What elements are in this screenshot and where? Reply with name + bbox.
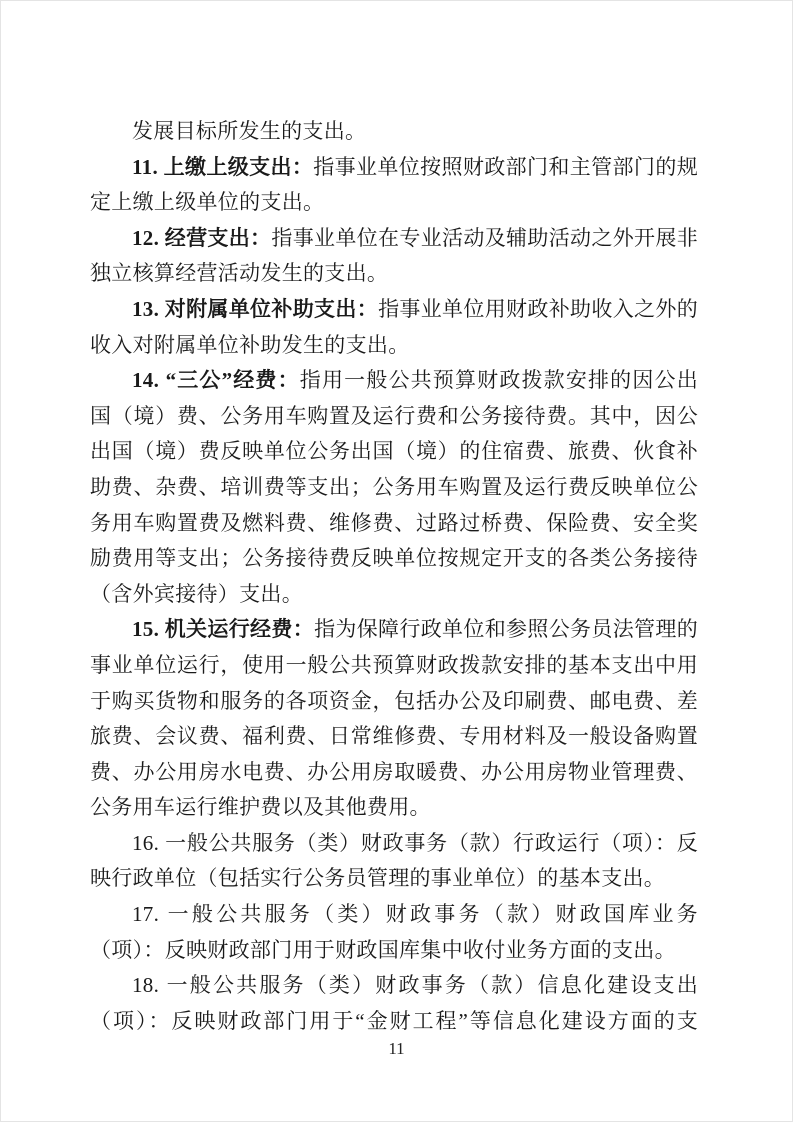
text-line: 事业单位运行，使用一般公共预算财政拨款安排的基本支出中用	[90, 648, 698, 684]
term-label: 11. 上缴上级支出：	[132, 155, 313, 179]
text-line: 11. 上缴上级支出：指事业单位按照财政部门和主管部门的规	[90, 150, 698, 186]
text-line: 于购买货物和服务的各项资金，包括办公及印刷费、邮电费、差	[90, 684, 698, 720]
line-text: 指事业单位按照财政部门和主管部门的规	[313, 155, 698, 179]
page-number: 11	[1, 1039, 792, 1059]
term-label: 13. 对附属单位补助支出：	[132, 297, 378, 321]
text-line: 发展目标所发生的支出。	[90, 114, 698, 150]
term-label: 14. “三公”经费：	[132, 368, 300, 392]
text-line: 12. 经营支出：指事业单位在专业活动及辅助活动之外开展非	[90, 221, 698, 257]
text-line: （含外宾接待）支出。	[90, 577, 698, 613]
line-text: 指事业单位用财政补助收入之外的	[378, 297, 698, 321]
text-line: （项）：反映财政部门用于“金财工程”等信息化建设方面的支	[90, 1004, 698, 1040]
text-line: 公务用车运行维护费以及其他费用。	[90, 790, 698, 826]
document-page: 发展目标所发生的支出。 11. 上缴上级支出：指事业单位按照财政部门和主管部门的…	[0, 0, 793, 1122]
line-text: 指为保障行政单位和参照公务员法管理的	[314, 617, 698, 641]
term-label: 12. 经营支出：	[132, 226, 271, 250]
text-line: 16. 一般公共服务（类）财政事务（款）行政运行（项）：反	[90, 826, 698, 862]
text-line: 18. 一般公共服务（类）财政事务（款）信息化建设支出	[90, 968, 698, 1004]
text-line: （项）：反映财政部门用于财政国库集中收付业务方面的支出。	[90, 933, 698, 969]
text-line: 14. “三公”经费：指用一般公共预算财政拨款安排的因公出	[90, 363, 698, 399]
text-line: 17. 一般公共服务（类）财政事务（款）财政国库业务	[90, 897, 698, 933]
line-text: 指事业单位在专业活动及辅助活动之外开展非	[271, 226, 698, 250]
term-label: 15. 机关运行经费：	[132, 617, 314, 641]
text-line: 旅费、会议费、福利费、日常维修费、专用材料及一般设备购置	[90, 719, 698, 755]
text-line: 13. 对附属单位补助支出：指事业单位用财政补助收入之外的	[90, 292, 698, 328]
text-line: 助费、杂费、培训费等支出；公务用车购置及运行费反映单位公	[90, 470, 698, 506]
text-line: 务用车购置费及燃料费、维修费、过路过桥费、保险费、安全奖	[90, 506, 698, 542]
text-line: 定上缴上级单位的支出。	[90, 185, 698, 221]
text-block: 发展目标所发生的支出。 11. 上缴上级支出：指事业单位按照财政部门和主管部门的…	[90, 114, 698, 1039]
text-line: 励费用等支出；公务接待费反映单位按规定开支的各类公务接待	[90, 541, 698, 577]
text-line: 费、办公用房水电费、办公用房取暖费、办公用房物业管理费、	[90, 755, 698, 791]
text-line: 映行政单位（包括实行公务员管理的事业单位）的基本支出。	[90, 861, 698, 897]
text-line: 出国（境）费反映单位公务出国（境）的住宿费、旅费、伙食补	[90, 434, 698, 470]
line-text: 指用一般公共预算财政拨款安排的因公出	[300, 368, 698, 392]
text-line: 15. 机关运行经费：指为保障行政单位和参照公务员法管理的	[90, 612, 698, 648]
text-line: 收入对附属单位补助发生的支出。	[90, 328, 698, 364]
text-line: 独立核算经营活动发生的支出。	[90, 256, 698, 292]
text-line: 国（境）费、公务用车购置及运行费和公务接待费。其中，因公	[90, 399, 698, 435]
